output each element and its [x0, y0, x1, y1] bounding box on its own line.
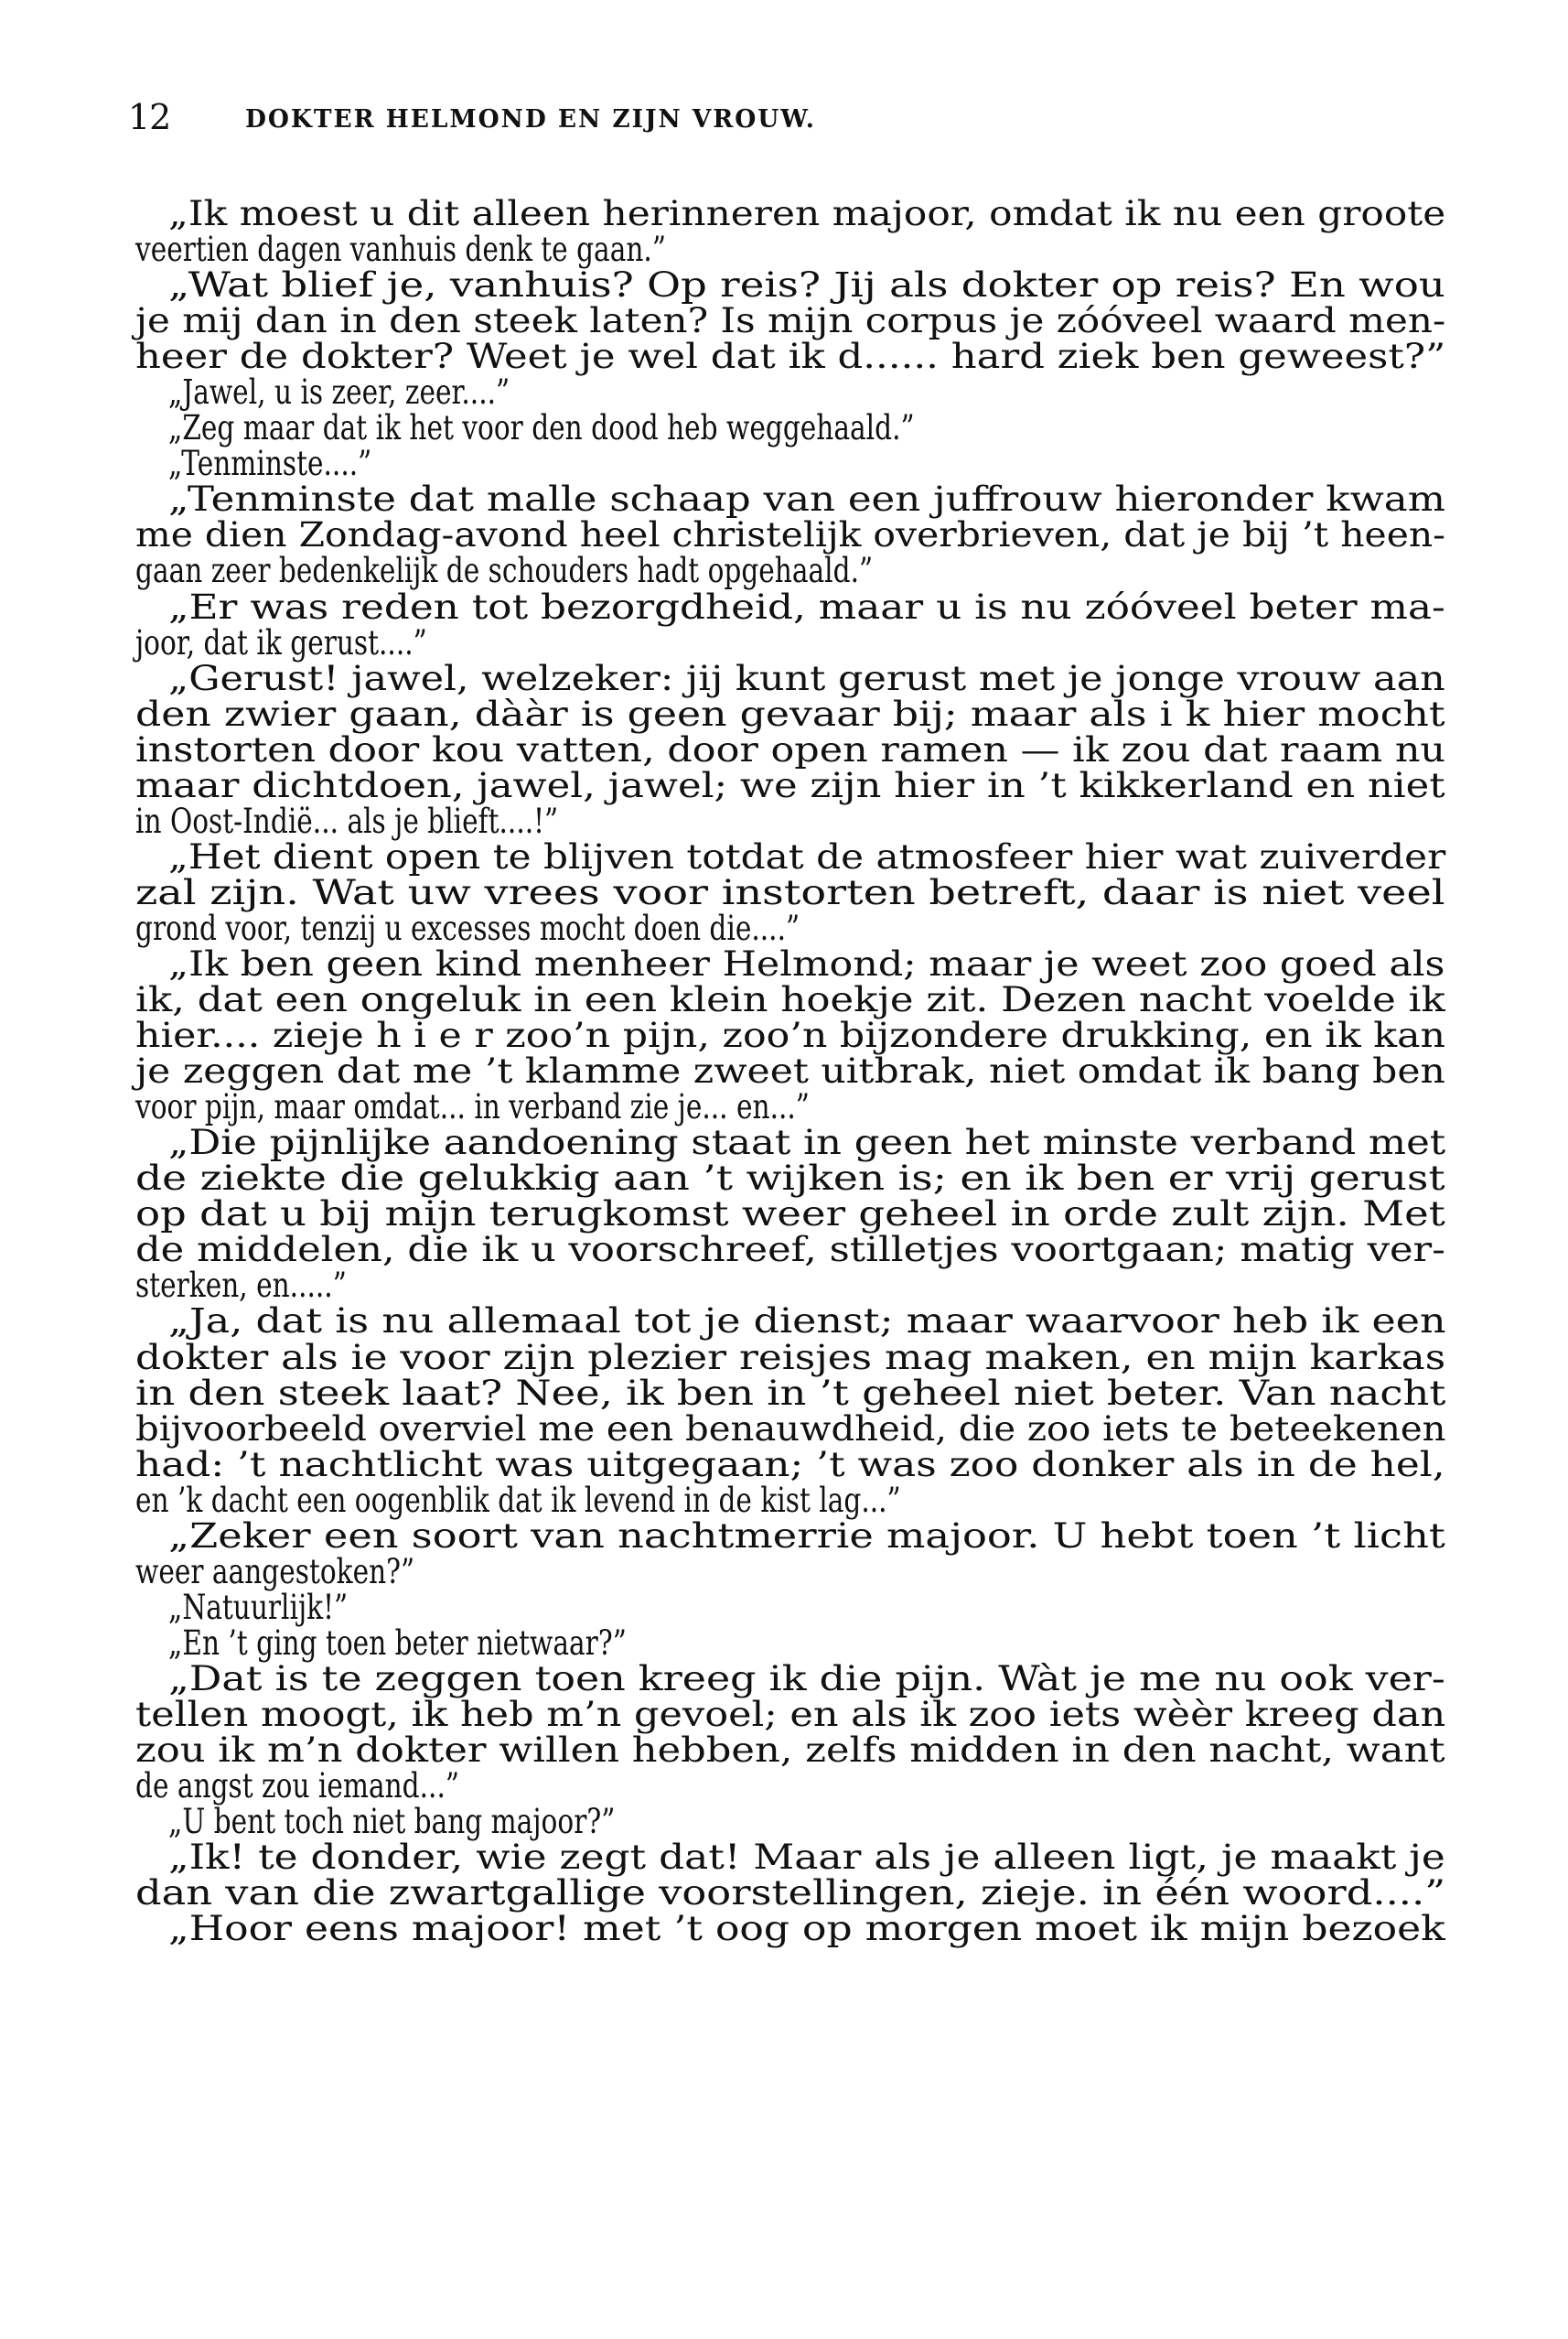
text-line-content: de ziekte die gelukkig aan ’t wijken is;…	[135, 1160, 1445, 1196]
text-line: „En ’t ging toen beter nietwaar?”	[135, 1625, 1445, 1661]
text-line: voor pijn, maar omdat... in verband zie …	[135, 1089, 1445, 1125]
text-line-content: zal zijn. Wat uw vrees voor instorten be…	[135, 875, 1445, 911]
text-line-content: gaan zeer bedenkelijk de schouders hadt …	[135, 553, 873, 588]
text-line: de angst zou iemand...”	[135, 1768, 1445, 1804]
text-line-content: me dien Zondag-avond heel christelijk ov…	[135, 517, 1445, 553]
text-line-content: „Wat blief je, vanhuis? Op reis? Jij als…	[168, 267, 1445, 303]
text-line: je mij dan in den steek laten? Is mijn c…	[135, 303, 1445, 339]
text-line-content: grond voor, tenzij u excesses mocht doen…	[135, 911, 800, 946]
text-line-content: „Hoor eens majoor! met ’t oog op morgen …	[168, 1911, 1445, 1946]
text-line-content: weer aangestoken?”	[135, 1554, 414, 1590]
text-line: „Wat blief je, vanhuis? Op reis? Jij als…	[135, 267, 1445, 303]
text-line: in Oost-Indië... als je blieft....!”	[135, 803, 1445, 839]
text-line-content: „Jawel, u is zeer, zeer....”	[168, 374, 510, 410]
text-line-content: veertien dagen vanhuis denk te gaan.”	[135, 232, 666, 267]
text-line: in den steek laat? Nee, ik ben in ’t geh…	[135, 1375, 1445, 1411]
text-line: „Hoor eens majoor! met ’t oog op morgen …	[135, 1911, 1445, 1946]
text-line: maar dichtdoen, jawel, jawel; we zijn hi…	[135, 768, 1445, 803]
text-line-content: je zeggen dat me ’t klamme zweet uitbrak…	[135, 1053, 1445, 1089]
text-line: had: ’t nachtlicht was uitgegaan; ’t was…	[135, 1447, 1445, 1482]
text-line-content: bijvoorbeeld overviel me een benauwdheid…	[135, 1411, 1445, 1447]
text-line: „Ik moest u dit alleen herinneren majoor…	[135, 196, 1445, 232]
text-line: „Zeg maar dat ik het voor den dood heb w…	[135, 410, 1445, 446]
text-line-content: „Ik moest u dit alleen herinneren majoor…	[168, 196, 1445, 232]
text-line-content: op dat u bij mijn terugkomst weer geheel…	[135, 1196, 1445, 1232]
text-line-content: hier.... zieje h i e r zoo’n pijn, zoo’n…	[135, 1018, 1445, 1053]
text-line-content: „Dat is te zeggen toen kreeg ik die pijn…	[168, 1661, 1445, 1697]
text-line-content: zou ik m’n dokter willen hebben, zelfs m…	[135, 1732, 1445, 1768]
text-line-content: dan van die zwartgallige voorstellingen,…	[135, 1875, 1445, 1911]
text-line-content: in den steek laat? Nee, ik ben in ’t geh…	[135, 1375, 1445, 1411]
text-line-content: den zwier gaan, dààr is geen gevaar bij;…	[135, 696, 1445, 732]
text-line: „U bent toch niet bang majoor?”	[135, 1804, 1445, 1839]
text-line-content: instorten door kou vatten, door open ram…	[135, 732, 1445, 768]
text-line-content: maar dichtdoen, jawel, jawel; we zijn hi…	[135, 768, 1445, 803]
text-line: „Ik! te donder, wie zegt dat! Maar als j…	[135, 1839, 1445, 1875]
text-line-content: ik, dat een ongeluk in een klein hoekje …	[135, 982, 1445, 1018]
text-line: „Natuurlijk!”	[135, 1590, 1445, 1625]
text-line-content: de angst zou iemand...”	[135, 1768, 459, 1804]
text-line: op dat u bij mijn terugkomst weer geheel…	[135, 1196, 1445, 1232]
text-line-content: „Zeker een soort van nachtmerrie majoor.…	[168, 1518, 1445, 1554]
text-line: „Tenminste....”	[135, 446, 1445, 481]
text-line-content: „Tenminste....”	[168, 446, 371, 481]
text-line-content: en ’k dacht een oogenblik dat ik levend …	[135, 1482, 901, 1518]
text-line: joor, dat ik gerust....”	[135, 625, 1445, 661]
text-line: „Jawel, u is zeer, zeer....”	[135, 374, 1445, 410]
text-line-content: sterken, en.....”	[135, 1267, 347, 1303]
text-line: „Ja, dat is nu allemaal tot je dienst; m…	[135, 1303, 1445, 1339]
text-line-content: de middelen, die ik u voorschreef, still…	[135, 1232, 1445, 1267]
text-line-content: „Ja, dat is nu allemaal tot je dienst; m…	[168, 1303, 1446, 1339]
text-line: zou ik m’n dokter willen hebben, zelfs m…	[135, 1732, 1445, 1768]
text-line-content: „Er was reden tot bezorgdheid, maar u is…	[168, 589, 1445, 625]
text-line: „Tenminste dat malle schaap van een juff…	[135, 481, 1445, 517]
text-line: en ’k dacht een oogenblik dat ik levend …	[135, 1482, 1445, 1518]
text-line: de ziekte die gelukkig aan ’t wijken is;…	[135, 1160, 1445, 1196]
text-line-content: voor pijn, maar omdat... in verband zie …	[135, 1089, 810, 1125]
book-page: 12 DOKTER HELMOND EN ZIJN VROUW. „Ik moe…	[0, 0, 1568, 2339]
text-line: sterken, en.....”	[135, 1267, 1445, 1303]
text-line: instorten door kou vatten, door open ram…	[135, 732, 1445, 768]
text-line: „Dat is te zeggen toen kreeg ik die pijn…	[135, 1661, 1445, 1697]
page-number: 12	[128, 99, 170, 135]
text-line-content: „Gerust! jawel, welzeker: jij kunt gerus…	[168, 661, 1445, 696]
text-line-content: „Zeg maar dat ik het voor den dood heb w…	[168, 410, 915, 446]
text-line-content: „Natuurlijk!”	[168, 1590, 348, 1625]
text-line: den zwier gaan, dààr is geen gevaar bij;…	[135, 696, 1445, 732]
text-line: zal zijn. Wat uw vrees voor instorten be…	[135, 875, 1445, 911]
text-line-content: „U bent toch niet bang majoor?”	[168, 1804, 615, 1839]
text-line: „Er was reden tot bezorgdheid, maar u is…	[135, 589, 1445, 625]
text-line: dokter als ie voor zijn plezier reisjes …	[135, 1340, 1445, 1375]
text-line: „Die pijnlijke aandoening staat in geen …	[135, 1125, 1445, 1160]
text-line: bijvoorbeeld overviel me een benauwdheid…	[135, 1411, 1445, 1447]
text-line: tellen moogt, ik heb m’n gevoel; en als …	[135, 1697, 1445, 1732]
text-line-content: „Ik! te donder, wie zegt dat! Maar als j…	[168, 1839, 1445, 1875]
running-head: DOKTER HELMOND EN ZIJN VROUW.	[245, 106, 1160, 134]
text-line-content: „Tenminste dat malle schaap van een juff…	[168, 481, 1445, 517]
text-line: grond voor, tenzij u excesses mocht doen…	[135, 911, 1445, 946]
text-line: hier.... zieje h i e r zoo’n pijn, zoo’n…	[135, 1018, 1445, 1053]
text-line-content: je mij dan in den steek laten? Is mijn c…	[135, 303, 1445, 339]
text-line-content: dokter als ie voor zijn plezier reisjes …	[135, 1340, 1445, 1375]
text-line-content: joor, dat ik gerust....”	[135, 625, 427, 661]
text-line: ik, dat een ongeluk in een klein hoekje …	[135, 982, 1445, 1018]
text-line-content: tellen moogt, ik heb m’n gevoel; en als …	[135, 1697, 1445, 1732]
text-line-content: „En ’t ging toen beter nietwaar?”	[168, 1625, 627, 1661]
text-line-content: „Ik ben geen kind menheer Helmond; maar …	[168, 946, 1445, 982]
text-line-content: had: ’t nachtlicht was uitgegaan; ’t was…	[135, 1447, 1445, 1482]
text-line: de middelen, die ik u voorschreef, still…	[135, 1232, 1445, 1267]
text-line-content: „Het dient open te blijven totdat de atm…	[168, 839, 1445, 875]
text-line-content: in Oost-Indië... als je blieft....!”	[135, 803, 558, 839]
text-line-content: „Die pijnlijke aandoening staat in geen …	[168, 1125, 1445, 1160]
text-line: „Ik ben geen kind menheer Helmond; maar …	[135, 946, 1445, 982]
body-text: „Ik moest u dit alleen herinneren majoor…	[135, 196, 1445, 1946]
text-line: heer de dokter? Weet je wel dat ik d....…	[135, 339, 1445, 374]
text-line: dan van die zwartgallige voorstellingen,…	[135, 1875, 1445, 1911]
text-line: „Het dient open te blijven totdat de atm…	[135, 839, 1445, 875]
text-line: gaan zeer bedenkelijk de schouders hadt …	[135, 553, 1445, 588]
text-line: me dien Zondag-avond heel christelijk ov…	[135, 517, 1445, 553]
text-line: „Zeker een soort van nachtmerrie majoor.…	[135, 1518, 1445, 1554]
text-line: veertien dagen vanhuis denk te gaan.”	[135, 232, 1445, 267]
text-line: je zeggen dat me ’t klamme zweet uitbrak…	[135, 1053, 1445, 1089]
text-line: „Gerust! jawel, welzeker: jij kunt gerus…	[135, 661, 1445, 696]
text-line: weer aangestoken?”	[135, 1554, 1445, 1590]
text-line-content: heer de dokter? Weet je wel dat ik d....…	[135, 339, 1445, 374]
